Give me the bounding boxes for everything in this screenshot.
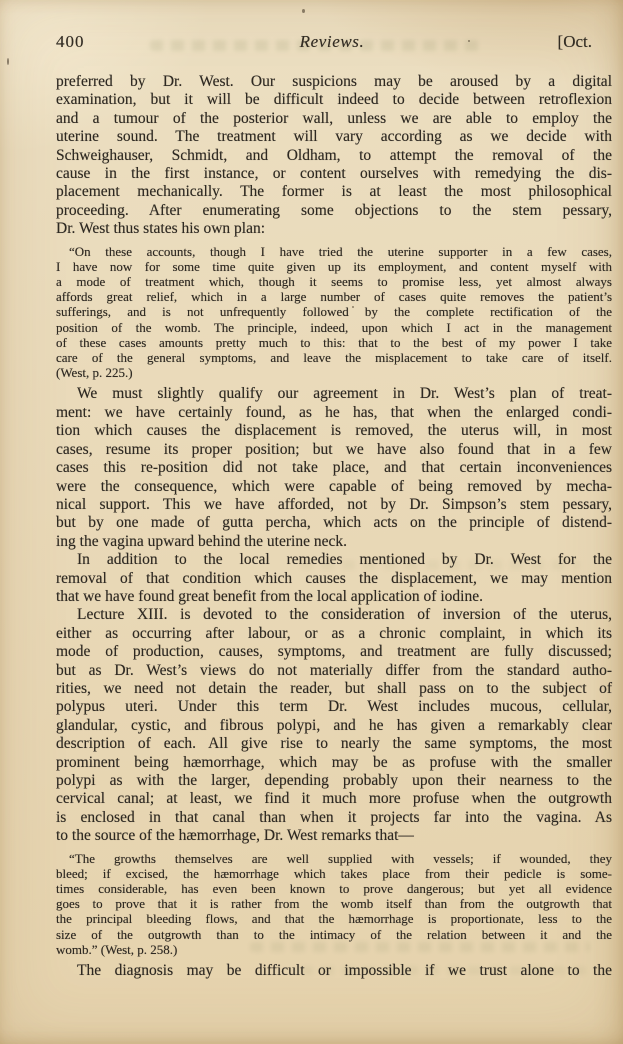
text-line: womb.” (West, p. 258.) (56, 942, 612, 957)
paragraph: preferred by Dr. West. Our suspicions ma… (56, 73, 612, 239)
text-line: but as Dr. West’s views do not materiall… (56, 662, 612, 680)
block-quote: “On these accounts, though I have tried … (56, 244, 612, 381)
paragraph: The diagnosis may be difficult or imposs… (56, 962, 612, 980)
text-line: a mode of treatment which, though it see… (56, 274, 612, 289)
page-header: 400 Reviews. [Oct. (56, 32, 608, 52)
text-line: but by one made of gutta percha, which a… (56, 514, 612, 532)
text-line: ment: we have certainly found, as he has… (56, 404, 612, 422)
text-line: affords great relief, which in a large n… (56, 289, 612, 304)
scanned-page: 400 Reviews. [Oct. preferred by Dr. West… (0, 0, 623, 1044)
text-line: either as occurring after labour, or as … (56, 625, 612, 643)
text-line: nical support. This we have afforded, no… (56, 496, 612, 514)
text-line: polypus uteri. Under this term Dr. West … (56, 698, 612, 716)
text-line: uterine sound. The treatment will vary a… (56, 128, 612, 146)
text-line: Dr. West thus states his own plan: (56, 220, 612, 238)
text-line: removal of that condition which causes t… (56, 570, 612, 588)
text-line: Schweighauser, Schmidt, and Oldham, to a… (56, 147, 612, 165)
text-line: cases, resume its proper position; but w… (56, 441, 612, 459)
text-line: were the consequence, which were capable… (56, 478, 612, 496)
text-line: cases this re-position did not take plac… (56, 459, 612, 477)
text-line: is enclosed in that canal than when it p… (56, 809, 612, 827)
text-line: goes to prove that it is rather from the… (56, 896, 612, 911)
text-line: of these cases amounts pretty much to th… (56, 335, 612, 350)
page-number: 400 (56, 32, 85, 52)
text-line: rities, we need not detain the reader, b… (56, 680, 612, 698)
text-line: The diagnosis may be difficult or imposs… (56, 962, 612, 980)
scan-speck (7, 58, 9, 65)
text-line: tion which causes the displacement is re… (56, 422, 612, 440)
text-line: the principal bleeding flows, and that t… (56, 911, 612, 926)
scan-speck (302, 9, 305, 13)
issue-month: [Oct. (558, 32, 608, 52)
block-quote: “The growths themselves are well supplie… (56, 851, 612, 957)
text-line: prominent being hæmorrhage, which may be… (56, 754, 612, 772)
text-line: position of the womb. The principle, ind… (56, 320, 612, 335)
text-line: cervical canal; at least, we find it muc… (56, 790, 612, 808)
text-line: polypi as with the larger, depending pro… (56, 772, 612, 790)
text-line: to the source of the hæmorrhage, Dr. Wes… (56, 827, 612, 845)
paragraph: Lecture XIII. is devoted to the consider… (56, 606, 612, 845)
text-line: bleed; if excised, the hæmorrhage which … (56, 866, 612, 881)
text-line: placement mechanically. The former is at… (56, 183, 612, 201)
paragraph: We must slightly qualify our agreement i… (56, 385, 612, 551)
text-line: care of the general symptoms, and leave … (56, 350, 612, 365)
text-line: Lecture XIII. is devoted to the consider… (56, 606, 612, 624)
text-line: “On these accounts, though I have tried … (56, 244, 612, 259)
paragraph: In addition to the local remedies mentio… (56, 551, 612, 606)
text-line: sufferings, and is not unfrequently foll… (56, 304, 612, 319)
text-line: examination, but it will be difficult in… (56, 91, 612, 109)
text-line: glandular, cystic, and fibrous polypi, a… (56, 717, 612, 735)
text-line: description of each. All give rise to ne… (56, 735, 612, 753)
text-line: ing the vagina upward behind the uterine… (56, 533, 612, 551)
text-line: In addition to the local remedies mentio… (56, 551, 612, 569)
text-line: size of the outgrowth than to the intima… (56, 927, 612, 942)
text-line: and a tumour of the posterior wall, unle… (56, 110, 612, 128)
text-line: mode of production, causes, symptoms, an… (56, 643, 612, 661)
text-line: “The growths themselves are well supplie… (56, 851, 612, 866)
text-line: preferred by Dr. West. Our suspicions ma… (56, 73, 612, 91)
text-line: that we have found great benefit from th… (56, 588, 612, 606)
running-title: Reviews. (300, 32, 365, 52)
text-line: (West, p. 225.) (56, 365, 612, 380)
text-line: We must slightly qualify our agreement i… (56, 385, 612, 403)
text-line: I have now for some time quite given up … (56, 259, 612, 274)
text-line: cause in the first instance, or content … (56, 165, 612, 183)
text-line: proceeding. After enumerating some objec… (56, 202, 612, 220)
text-line: times considerable, has even been known … (56, 881, 612, 896)
page-body: preferred by Dr. West. Our suspicions ma… (56, 73, 612, 980)
